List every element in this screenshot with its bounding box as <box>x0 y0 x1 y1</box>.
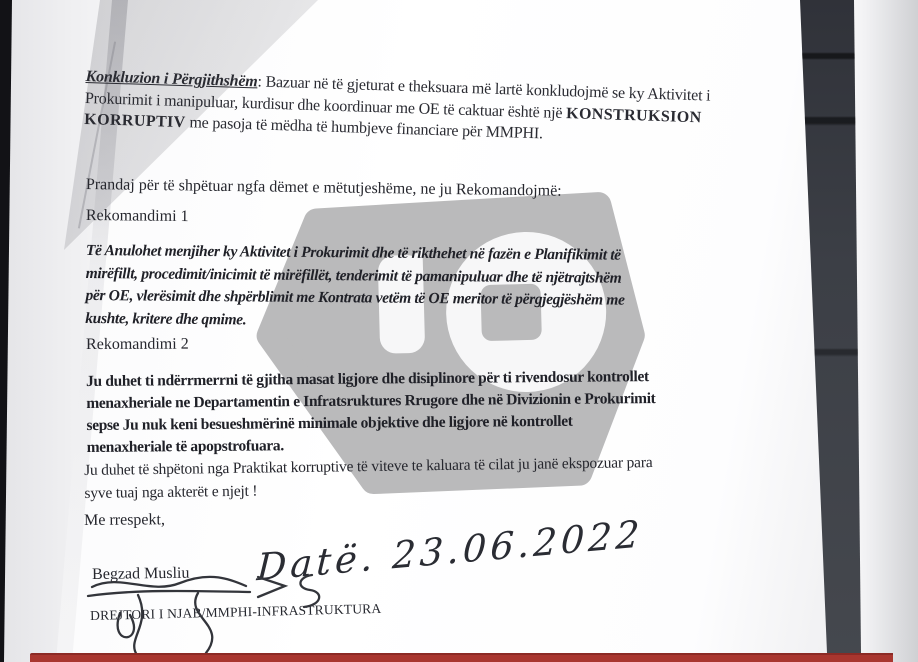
bottom-red-bar <box>30 653 893 662</box>
salutation: Me rrespekt, <box>84 511 165 530</box>
conclusion-heading: Konkluzion i Përgjithshëm <box>85 68 257 90</box>
recommendation-1-label: Rekomandimi 1 <box>86 207 189 226</box>
closing-paragraph: Ju duhet të shpëtoni nga Praktikat korru… <box>84 451 653 505</box>
recommendation-2-text: Ju duhet ti ndërrmerrni të gjitha masat … <box>86 366 656 459</box>
photographed-letter-scene: Konkluzion i Përgjithshëm: Bazuar në të … <box>0 0 918 662</box>
signer-name: Begzad Musliu <box>92 565 190 584</box>
recommendation-2-label: Rekomandimi 2 <box>86 336 189 354</box>
recommendation-1-text: Të Anulohet menjiher ky Aktivitet i Prok… <box>85 240 625 335</box>
